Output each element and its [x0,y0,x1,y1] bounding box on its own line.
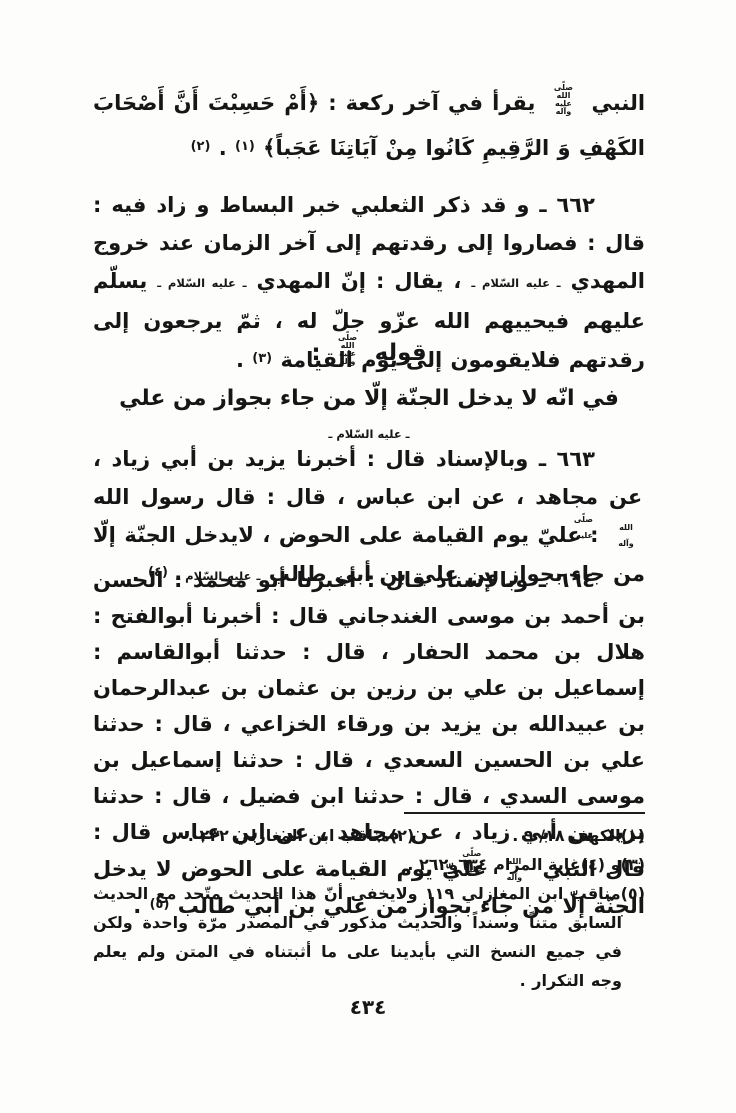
honorific-alayhis-salam: ـ عليه السّلام ـ [157,276,246,290]
heading-qawluhu: قوله [375,340,427,366]
opening-text-mid: يقرأ في آخر ركعة : [319,91,535,115]
honorific-alayhis-salam: ـ عليه السّلام ـ [328,427,409,441]
footnote-ref-2: (٢) [191,139,211,154]
paragraph-opening: النبي صلّى اللهعليه وآله يقرأ في آخر ركع… [93,82,645,170]
heading-title-text: في انّه لا يدخل الجنّة إلّا من جاء بجواز… [119,386,619,411]
salawat-line1: صلّى الله [546,84,580,100]
footnote-ref-1: (١) [235,139,255,154]
footnote-row-1-2: (١)الكهف ١٨/ ٩ . (٢)مناقب ابن المغازلي ٢… [93,821,645,850]
section-heading: قوله صلّى اللهعليه وآله : في انّه لا يدخ… [93,334,645,451]
salawat-icon: صلّى اللهعليه وآله [546,84,580,116]
heading-colon: : [311,340,320,366]
salawat-icon: صلّى اللهعليه وآله [609,516,643,548]
opening-text-pre: النبي [592,91,645,115]
footnote-2: (٢)مناقب ابن المغازلي ٢٣٢ . [188,821,414,850]
footnote-divider [404,812,645,814]
scanned-book-page: النبي صلّى اللهعليه وآله يقرأ في آخر ركع… [0,0,736,1113]
hadith-662-text-2: ، يقال : إنّ المهدي [247,269,462,293]
honorific-alayhis-salam: ـ عليه السّلام ـ [471,276,560,290]
footnote-1: (١)الكهف ١٨/ ٩ . [512,821,645,850]
hadith-664-number: ٦٦٤ ـ [528,568,595,592]
footnotes-section: (١)الكهف ١٨/ ٩ . (٢)مناقب ابن المغازلي ٢… [93,812,645,995]
page-number: ٤٣٤ [0,995,736,1019]
salawat-line2: عليه وآله [609,532,643,548]
salawat-icon: صلّى اللهعليه وآله [331,334,365,366]
footnote-5: (٥)مناقب ابن المغازلي ١١٩ ولايخفى أنّ هذ… [93,879,645,995]
footnote-3-4: (٣)و (٤)غاية المرام ٦٣٤و٢٦٢ . [93,850,645,879]
salawat-line1: صلّى الله [331,334,365,350]
opening-period: . [210,136,226,160]
hadith-663-number: ٦٦٣ ـ [528,447,595,471]
hadith-662-number: ٦٦٢ ـ [529,193,595,217]
salawat-line2: عليه وآله [331,350,365,366]
salawat-line2: عليه وآله [546,100,580,116]
salawat-line1: صلّى الله [609,516,643,532]
section-heading-line1: قوله صلّى اللهعليه وآله : [93,334,645,370]
